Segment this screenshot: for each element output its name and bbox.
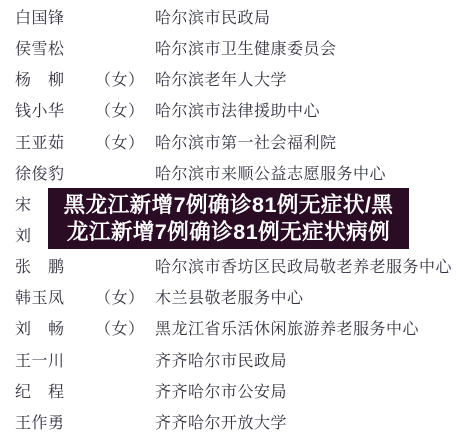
organization-name: 哈尔滨市来顺公益志愿服务中心 xyxy=(155,161,459,184)
organization-name: 黑龙江省乐活休闲旅游养老服务中心 xyxy=(155,316,459,339)
organization-name: 哈尔滨老年人大学 xyxy=(155,67,459,90)
list-row: 徐俊豹 哈尔滨市来顺公益志愿服务中心 xyxy=(0,157,459,188)
news-headline-overlay[interactable]: 黑龙江新增7例确诊81例无症状/黑 龙江新增7例确诊81例无症状病例 xyxy=(48,188,409,249)
list-row: 纪 程 齐齐哈尔市公安局 xyxy=(0,375,459,406)
person-name: 纪 程 xyxy=(15,379,95,402)
headline-line-1: 黑龙江新增7例确诊81例无症状/黑 xyxy=(64,192,394,219)
headline-line-2: 龙江新增7例确诊81例无症状病例 xyxy=(67,219,390,246)
person-name: 刘 畅 xyxy=(15,316,95,339)
person-name: 徐俊豹 xyxy=(15,161,95,184)
list-row: 王作勇 齐齐哈尔开放大学 xyxy=(0,406,459,437)
list-row: 刘 畅 （女） 黑龙江省乐活休闲旅游养老服务中心 xyxy=(0,312,459,343)
gender-label: （女） xyxy=(95,285,155,308)
person-name: 王亚茹 xyxy=(15,130,95,153)
person-name: 杨 柳 xyxy=(15,67,95,90)
person-name: 钱小华 xyxy=(15,98,95,121)
list-row: 王一川 齐齐哈尔市民政局 xyxy=(0,344,459,375)
organization-name: 哈尔滨市卫生健康委员会 xyxy=(155,36,459,59)
organization-name: 哈尔滨市第一社会福利院 xyxy=(155,130,459,153)
person-name: 侯雪松 xyxy=(15,36,95,59)
list-row: 王亚茹 （女） 哈尔滨市第一社会福利院 xyxy=(0,126,459,157)
person-name: 白国锋 xyxy=(15,5,95,28)
gender-label: （女） xyxy=(95,130,155,153)
organization-name: 齐齐哈尔市公安局 xyxy=(155,379,459,402)
list-row: 白国锋 哈尔滨市民政局 xyxy=(0,1,459,32)
list-row: 杨 柳 （女） 哈尔滨老年人大学 xyxy=(0,63,459,94)
list-row: 钱小华 （女） 哈尔滨市法律援助中心 xyxy=(0,94,459,125)
list-row: 韩玉凤 （女） 木兰县敬老服务中心 xyxy=(0,281,459,312)
organization-name: 哈尔滨市香坊区民政局敬老养老服务中心 xyxy=(155,254,459,277)
document-page: 白国锋 哈尔滨市民政局 侯雪松 哈尔滨市卫生健康委员会 杨 柳 （女） 哈尔滨老… xyxy=(0,0,459,447)
organization-name: 木兰县敬老服务中心 xyxy=(155,285,459,308)
person-name: 韩玉凤 xyxy=(15,285,95,308)
gender-label: （女） xyxy=(95,98,155,121)
organization-name: 齐齐哈尔开放大学 xyxy=(155,410,459,433)
organization-name: 哈尔滨市民政局 xyxy=(155,5,459,28)
list-row: 侯雪松 哈尔滨市卫生健康委员会 xyxy=(0,32,459,63)
person-name: 张 鹏 xyxy=(15,254,95,277)
organization-name: 齐齐哈尔市民政局 xyxy=(155,348,459,371)
gender-label: （女） xyxy=(95,316,155,339)
organization-name: 哈尔滨市法律援助中心 xyxy=(155,98,459,121)
person-name: 王一川 xyxy=(15,348,95,371)
gender-label: （女） xyxy=(95,67,155,90)
list-row: 张 鹏 哈尔滨市香坊区民政局敬老养老服务中心 xyxy=(0,250,459,281)
person-name: 王作勇 xyxy=(15,410,95,433)
